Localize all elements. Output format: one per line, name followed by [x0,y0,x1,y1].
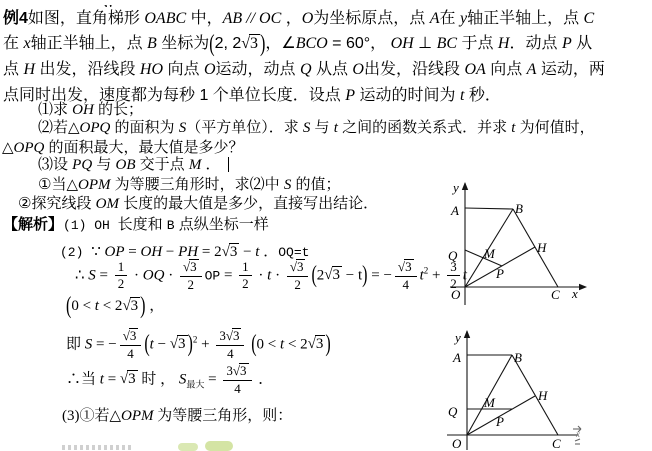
coordinate-figure-top: yxABQMHPOC [445,175,605,315]
solution-step-2-given: (2) ∵ OP = OH − PH = 2√3 − t ．OQ=t [60,240,309,261]
solution-header-line: 【解析】(1) OH 长度和 B 点纵坐标一样 [3,216,269,235]
problem-line-9: ①当△OPM 为等腰三角形时，求⑵中 S 的值； [38,176,341,195]
svg-text:O: O [452,436,462,451]
svg-text:C: C [551,287,560,302]
problem-line-7: △OPQ 的面积最大，最大值是多少？ [2,139,244,158]
svg-text:H: H [536,240,547,255]
solution-max-value: ∴当 t = √3 时 ， S最大 = 3√34 ． [66,363,273,397]
svg-text:M: M [483,395,496,410]
svg-text:x: x [571,286,578,301]
svg-text:P: P [495,266,504,281]
svg-text:A: A [452,350,461,365]
problem-line-10: ②探究线段 OM 长度的最大值是多少，直接写出结论． [18,195,378,214]
svg-text:A: A [450,203,459,218]
svg-text:y: y [453,330,461,345]
svg-text:x: x [575,429,580,439]
svg-text:y: y [451,180,459,195]
svg-text:H: H [537,388,548,403]
problem-line-6: ⑵若△OPQ 的面积为 S（平方单位）．求 S 与 t 之间的函数关系式．并求 … [38,119,595,138]
solution-area-formula: ∴ S = 12 · OQ · √32OP = 12 · t · √32(2√3… [75,259,467,293]
problem-line-8: ⑶设 PQ 与 OB 交于点 M ． [38,156,229,175]
solution-step-3-heading: (3)①若△OPM 为等腰三角形，则： [62,404,292,425]
problem-line-5: ⑴求 OH 的长； [38,101,143,120]
svg-text:Q: Q [448,404,458,419]
svg-text:M: M [483,246,496,261]
solution-domain: (0 < t < 2√3) ， [66,294,164,316]
svg-text:O: O [451,287,461,302]
problem-line-1: 例4如图，直角梯形 OABC 中，AB // OC ，O为坐标原点，点 A在 y… [3,9,594,30]
watermark-remnant-text [62,445,132,450]
problem-line-2: 在 x轴正半轴上，点 B 坐标为(2, 2√3)，∠BCO = 60°， OH … [3,34,592,56]
svg-text:P: P [495,414,504,429]
coordinate-figure-bottom: yxABQMHPOC [445,325,605,451]
svg-text:Q: Q [448,248,458,263]
svg-text:B: B [515,201,523,216]
cutoff-glyph-text: y [104,0,112,7]
svg-text:B: B [514,350,522,365]
watermark-remnant-blob [205,441,233,451]
watermark-remnant-blob [178,443,198,451]
solution-vertex-form: 即 S = −√34(t − √3)2 + 3√34 (0 < t < 2√3) [66,328,331,362]
problem-line-3: 点 H 出发，沿线段 HO 向点 O运动，动点 Q 从点 O出发，沿线段 OA … [3,60,605,81]
svg-text:C: C [552,436,561,451]
document-page: y 例4如图，直角梯形 OABC 中，AB // OC ，O为坐标原点，点 A在… [0,0,652,451]
cutoff-glyph: y [104,0,126,7]
